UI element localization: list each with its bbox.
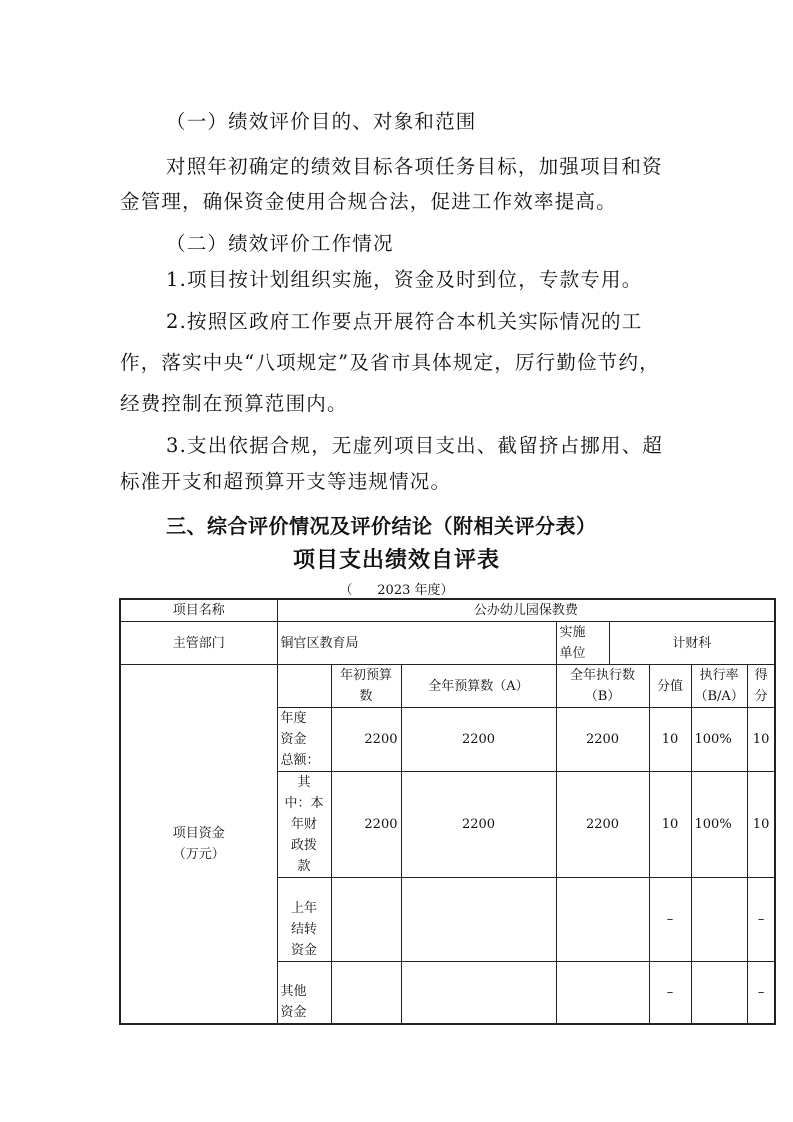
cell-executed <box>556 962 649 1024</box>
row-label: 年度 资金 总额： <box>277 708 331 772</box>
funds-label: 项目资金 （万元） <box>120 665 277 1024</box>
impl-unit-label: 实施 单位 <box>556 622 609 665</box>
cell-score: 10 <box>747 772 775 878</box>
header-annual-budget: 全年预算数（A） <box>401 665 556 708</box>
header-exec-rate: 执行率 （B/A） <box>691 665 747 708</box>
row-label: 其 中：本 年财 政拨 款 <box>277 772 331 878</box>
cell-rate: 100% <box>691 708 747 772</box>
header-executed: 全年执行数 （B） <box>556 665 649 708</box>
project-name-value: 公办幼儿园保教费 <box>277 599 775 622</box>
cell-weight: – <box>649 878 691 962</box>
paragraph-line: 作，落实中央“八项规定”及省市具体规定，厉行勤俭节约， <box>120 351 660 375</box>
dept-label: 主管部门 <box>120 622 277 665</box>
header-score: 得 分 <box>747 665 775 708</box>
performance-table: 项目名称 公办幼儿园保教费 主管部门 铜官区教育局 实施 单位 计财科 项目资金… <box>119 598 776 1025</box>
cell-annual: 2200 <box>401 772 556 878</box>
cell-rate <box>691 878 747 962</box>
cell-score: 10 <box>747 708 775 772</box>
cell-score: – <box>747 878 775 962</box>
row-header: 项目资金 （万元） 年初预算 数 全年预算数（A） 全年执行数 （B） 分值 执… <box>120 665 775 708</box>
cell-annual: 2200 <box>401 708 556 772</box>
row-dept: 主管部门 铜官区教育局 实施 单位 计财科 <box>120 622 775 665</box>
paragraph-line: 3.支出依据合规，无虚列项目支出、截留挤占挪用、超 <box>166 434 663 458</box>
table-year: （ 2023 年度） <box>0 579 793 598</box>
cell-executed <box>556 878 649 962</box>
cell-initial <box>331 878 401 962</box>
header-weight: 分值 <box>649 665 691 708</box>
cell-initial: 2200 <box>331 772 401 878</box>
header-empty <box>277 665 331 708</box>
cell-rate <box>691 962 747 1024</box>
impl-unit-value: 计财科 <box>609 622 775 665</box>
project-name-label: 项目名称 <box>120 599 277 622</box>
cell-executed: 2200 <box>556 708 649 772</box>
dept-value: 铜官区教育局 <box>277 622 556 665</box>
paragraph-line: 2.按照区政府工作要点开展符合本机关实际情况的工 <box>166 310 642 334</box>
header-initial-budget: 年初预算 数 <box>331 665 401 708</box>
heading-evaluation-work: （二）绩效评价工作情况 <box>166 232 394 256</box>
paragraph-line: 对照年初确定的绩效目标各项任务目标，加强项目和资 <box>166 155 663 179</box>
cell-executed: 2200 <box>556 772 649 878</box>
cell-initial: 2200 <box>331 708 401 772</box>
cell-initial <box>331 962 401 1024</box>
cell-weight: – <box>649 962 691 1024</box>
paragraph-line: 金管理，确保资金使用合规合法，促进工作效率提高。 <box>120 190 617 214</box>
cell-annual <box>401 962 556 1024</box>
row-label: 其他 资金 <box>277 962 331 1024</box>
row-project-name: 项目名称 公办幼儿园保教费 <box>120 599 775 622</box>
heading-evaluation-purpose: （一）绩效评价目的、对象和范围 <box>166 110 477 134</box>
table-title: 项目支出绩效自评表 <box>0 543 793 574</box>
cell-annual <box>401 878 556 962</box>
cell-weight: 10 <box>649 708 691 772</box>
cell-rate: 100% <box>691 772 747 878</box>
cell-score: – <box>747 962 775 1024</box>
paragraph-line: 经费控制在预算范围内。 <box>120 392 348 416</box>
paragraph-line: 1.项目按计划组织实施，资金及时到位，专款专用。 <box>166 268 642 292</box>
section-heading: 三、综合评价情况及评价结论（附相关评分表） <box>166 510 597 539</box>
row-label: 上年 结转 资金 <box>277 878 331 962</box>
paragraph-line: 标准开支和超预算开支等违规情况。 <box>120 470 451 494</box>
cell-weight: 10 <box>649 772 691 878</box>
